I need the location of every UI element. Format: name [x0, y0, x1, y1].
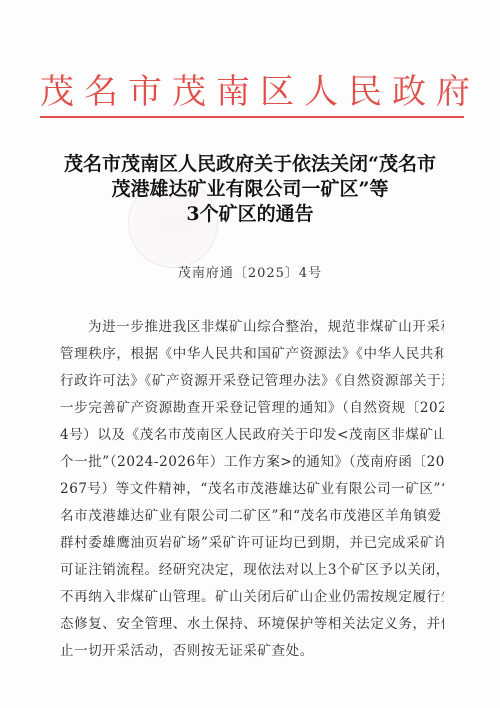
- body-line: 止一切开采活动，否则按无证采矿查处。: [60, 638, 444, 665]
- body-line: 名市茂港雄达矿业有限公司二矿区”和“茂名市茂港区羊角镇爱: [60, 503, 444, 530]
- title-line-2: 茂港雄达矿业有限公司一矿区”等: [40, 177, 460, 202]
- body-line: 为进一步推进我区非煤矿山综合整治，规范非煤矿山开采和: [60, 314, 444, 341]
- body-line: 267号）等文件精神，“茂名市茂港雄达矿业有限公司一矿区”“茂: [60, 476, 444, 503]
- document-number: 茂南府通〔2025〕4号: [40, 262, 460, 281]
- body-line: 一步完善矿产资源勘查开采登记管理的通知》（自然资规〔2023〕: [60, 395, 444, 422]
- body-line: 不再纳入非煤矿山管理。矿山关闭后矿山企业仍需按规定履行生: [60, 584, 444, 611]
- body-line: 4号）以及《茂名市茂南区人民政府关于印发<茂南区非煤矿山“三: [60, 422, 444, 449]
- body-line: 可证注销流程。经研究决定，现依法对以上3个矿区予以关闭，: [60, 557, 444, 584]
- letterhead-red-rule: [40, 116, 464, 118]
- document-body: 为进一步推进我区非煤矿山综合整治，规范非煤矿山开采和 管理秩序，根据《中华人民共…: [60, 314, 444, 665]
- body-line: 管理秩序，根据《中华人民共和国矿产资源法》《中华人民共和国: [60, 341, 444, 368]
- document-title: 茂名市茂南区人民政府关于依法关闭“茂名市 茂港雄达矿业有限公司一矿区”等 3个矿…: [40, 152, 460, 227]
- letterhead-issuer: 茂名市茂南区人民政府: [40, 72, 464, 112]
- title-line-3: 3个矿区的通告: [40, 202, 460, 227]
- body-line: 态修复、安全管理、水土保持、环境保护等相关法定义务，并停: [60, 611, 444, 638]
- document-page: 茂名市茂南区人民政府 茂名市茂南区人民政府关于依法关闭“茂名市 茂港雄达矿业有限…: [0, 0, 500, 708]
- body-line: 群村委雄鹰油页岩矿场”采矿许可证均已到期，并已完成采矿许: [60, 530, 444, 557]
- body-line: 行政许可法》《矿产资源开采登记管理办法》《自然资源部关于进: [60, 368, 444, 395]
- title-line-1: 茂名市茂南区人民政府关于依法关闭“茂名市: [40, 152, 460, 177]
- body-line: 个一批”（2024-2026年）工作方案>的通知》（茂南府函〔2024〕: [60, 449, 444, 476]
